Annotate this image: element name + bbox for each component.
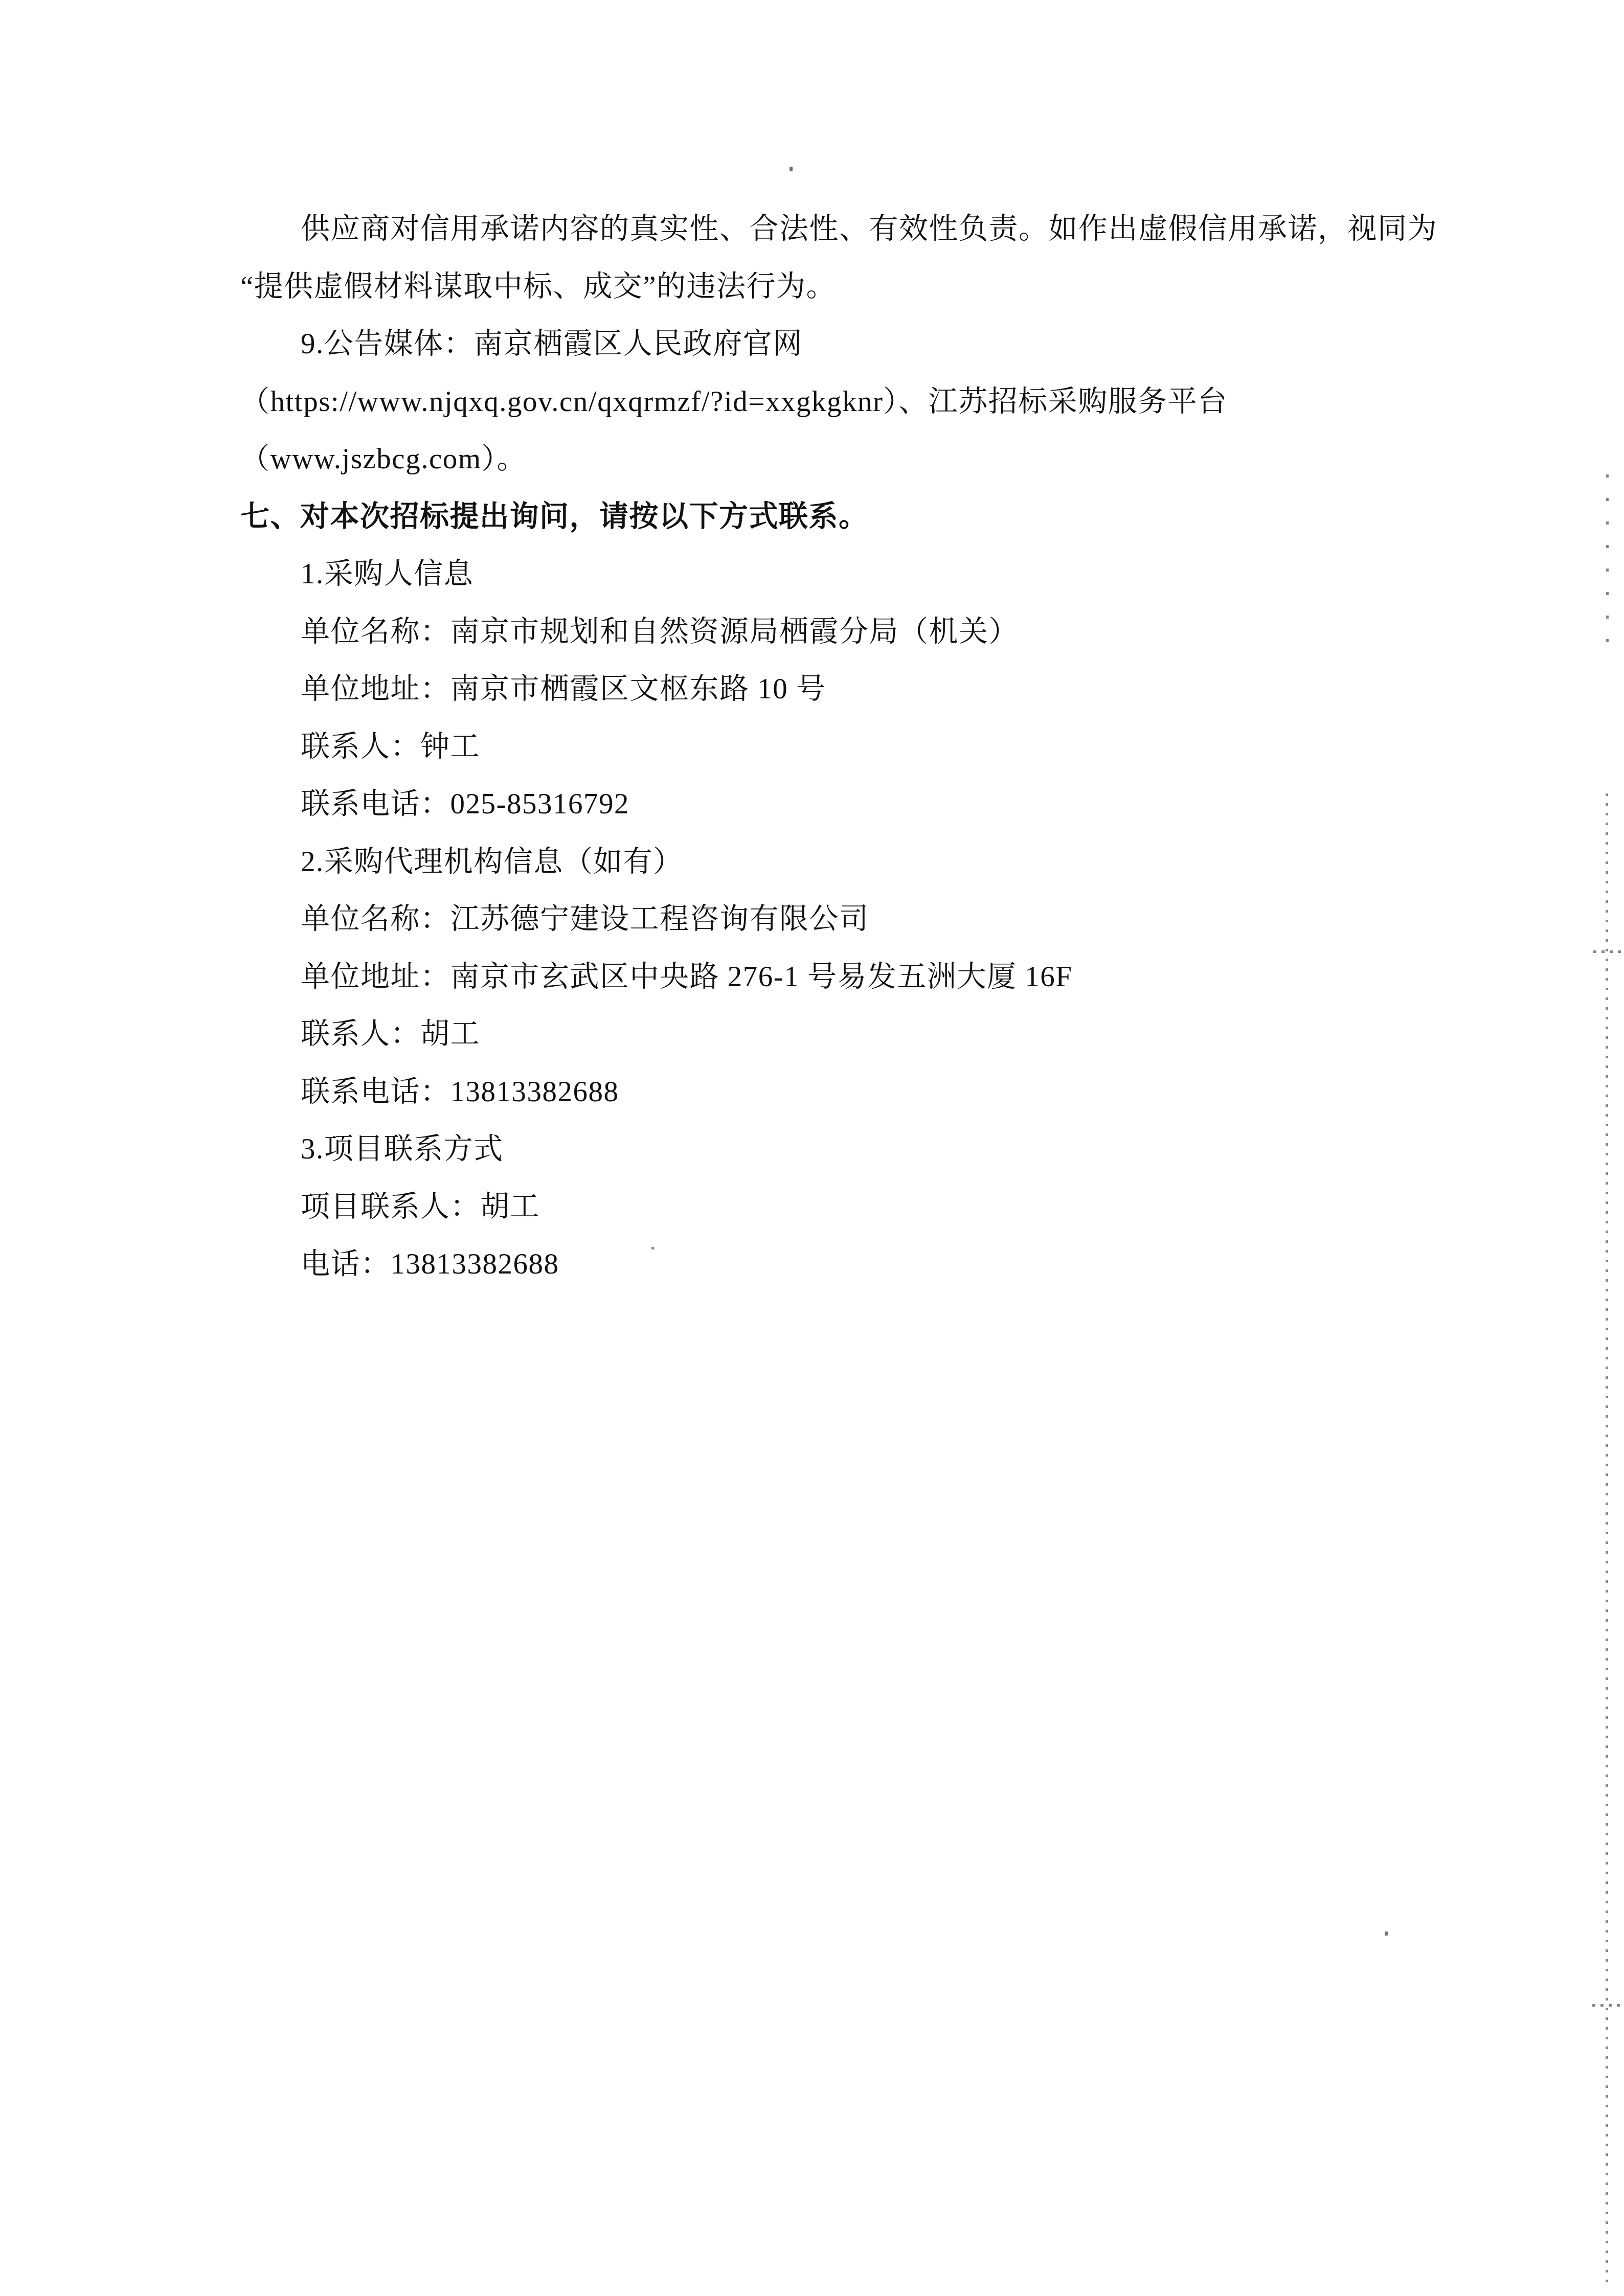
scan-speck [790,167,793,171]
scan-edge-tick [1593,950,1623,953]
line-project-contact-person: 项目联系人：胡工 [240,1178,1432,1236]
scan-edge-dotted-line [1606,474,1609,661]
line-false-material-clause: “提供虚假材料谋取中标、成交”的违法行为。 [240,258,1432,316]
line-item1-purchaser-info: 1.采购人信息 [240,545,1432,603]
line-purchaser-phone: 联系电话：025-85316792 [240,776,1432,833]
scan-edge-dotted-line [1606,793,1608,2286]
line-purchaser-name: 单位名称：南京市规划和自然资源局栖霞分局（机关） [240,603,1432,661]
line-project-phone: 电话：13813382688 [240,1236,1432,1293]
scan-edge-tick [1592,2004,1622,2007]
document-text-block: 供应商对信用承诺内容的真实性、合法性、有效性负责。如作出虚假信用承诺，视同为 “… [240,200,1432,1293]
line-jszbcg-url: （www.jszbcg.com）。 [240,430,1432,488]
scan-speck [1385,1931,1388,1936]
line-agency-contact: 联系人：胡工 [240,1006,1432,1063]
line-agency-name: 单位名称：江苏德宁建设工程咨询有限公司 [240,891,1432,948]
scan-speck [650,1246,655,1251]
document-page: 供应商对信用承诺内容的真实性、合法性、有效性负责。如作出虚假信用承诺，视同为 “… [0,0,1624,2296]
line-announcement-media: 9.公告媒体：南京栖霞区人民政府官网 [240,315,1432,373]
line-agency-phone: 联系电话：13813382688 [240,1063,1432,1121]
line-purchaser-address: 单位地址：南京市栖霞区文枢东路 10 号 [240,661,1432,718]
line-agency-address: 单位地址：南京市玄武区中央路 276-1 号易发五洲大厦 16F [240,948,1432,1006]
line-purchaser-contact: 联系人：钟工 [240,718,1432,776]
line-gov-website-url: （https://www.njqxq.gov.cn/qxqrmzf/?id=xx… [240,373,1432,431]
line-item2-agency-info: 2.采购代理机构信息（如有） [240,833,1432,891]
line-item3-project-contact: 3.项目联系方式 [240,1121,1432,1178]
line-credit-commitment: 供应商对信用承诺内容的真实性、合法性、有效性负责。如作出虚假信用承诺，视同为 [240,200,1432,258]
heading-section-seven-contact: 七、对本次招标提出询问，请按以下方式联系。 [240,488,1432,546]
